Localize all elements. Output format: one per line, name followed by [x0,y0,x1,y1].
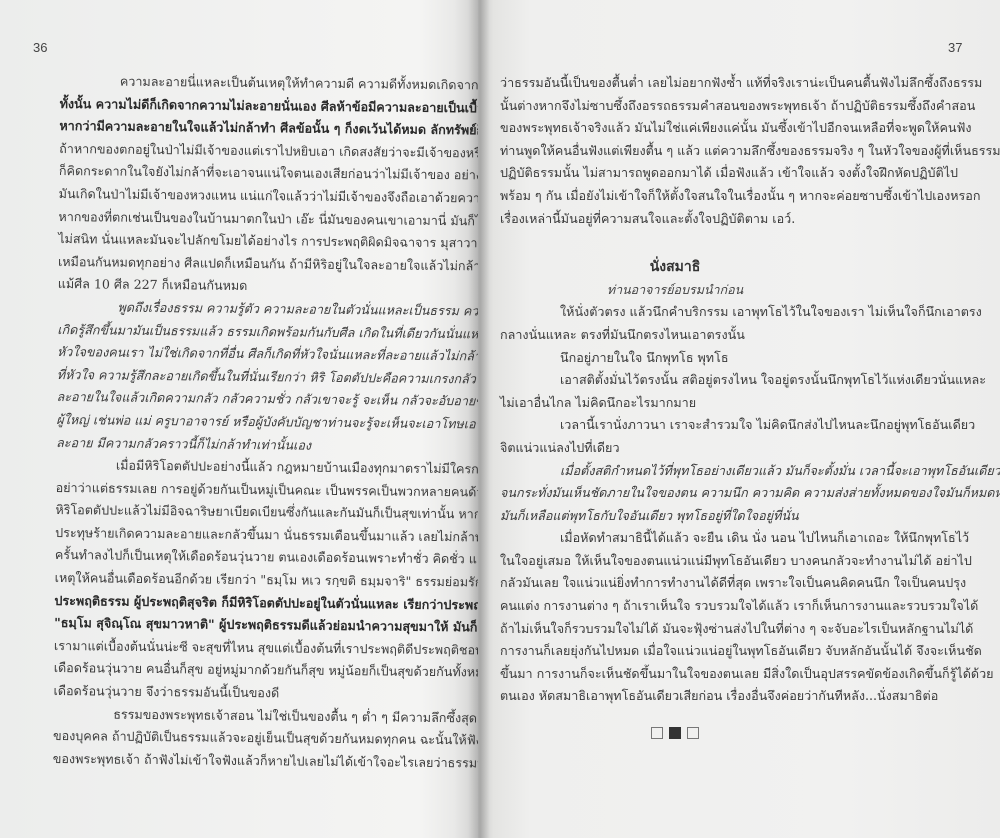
right-page-body: ว่าธรรมอันนี้เป็นของตื้นต่ำ เลยไม่อยากฟั… [500,72,970,745]
text-line: ปฏิบัติธรรมนั้น ไม่สามารถพูดออกมาได้ เมื… [500,162,970,185]
left-page-body: ความละอายนี่แหละเป็นต้นเหตุให้ทำความดี ค… [53,70,478,775]
page-number-left: 36 [33,40,47,55]
text-line: ถ้าไม่เห็นใจก็รวบรวมใจไม่ได้ มันจะฟุ้งซ่… [500,618,970,641]
empty-square-icon [651,727,663,739]
text-line: กลัวมันเลย ใจแน่วแน่ยิ่งทำการทำงานได้ดีท… [500,572,970,595]
page-number-right: 37 [948,40,962,55]
right-page-paragraphs-before: ว่าธรรมอันนี้เป็นของตื้นต่ำ เลยไม่อยากฟั… [500,72,970,230]
text-line: เมื่อหัดทำสมาธินี้ได้แล้ว จะยืน เดิน นั่… [500,527,970,550]
text-line: เมื่อตั้งสติกำหนดไว้ที่พุทโธอย่างเดียวแล… [500,460,970,483]
text-line: ของพระพุทธเจ้า ถ้าฟังไม่เข้าใจฟังแล้วก็ห… [53,748,478,776]
text-line: จิตแน่วแน่ลงไปที่เดียว [500,437,970,460]
text-line: ให้นั่งตัวตรง แล้วนึกคำบริกรรม เอาพุทโธไ… [500,301,970,324]
text-line: จนกระทั่งมันเห็นชัดภายในใจของตน ความนึก … [500,482,970,505]
text-line: กลางนั่นแหละ ตรงที่มันนึกตรงไหนเอาตรงนั้… [500,324,970,347]
left-page: 36 ความละอายนี่แหละเป็นต้นเหตุให้ทำความด… [0,0,478,838]
text-line: พร้อม ๆ กัน เมื่อยังไม่เข้าใจก็ให้ตั้งใจ… [500,185,970,208]
filled-square-icon [669,727,681,739]
text-line: มันก็เหลือแต่พุทโธกับใจอันเดียว พุทโธอยู… [500,505,970,528]
right-page: 37 ว่าธรรมอันนี้เป็นของตื้นต่ำ เลยไม่อยา… [478,0,1000,838]
text-line: นึกอยู่ภายในใจ นึกพุทโธ พุทโธ [500,347,970,370]
section-subheading: ท่านอาจารย์อบรมนำก่อน [500,279,850,302]
text-line: ไม่เอาอื่นไกล ไม่คิดนึกอะไรมากมาย [500,392,970,415]
right-page-paragraphs-after: ให้นั่งตัวตรง แล้วนึกคำบริกรรม เอาพุทโธไ… [500,301,970,708]
text-line: ในใจอยู่เสมอ ให้เห็นใจของตนแน่วแน่มีพุทโ… [500,550,970,573]
section-heading: นั่งสมาธิ [500,256,850,279]
text-line: คนแต่ง การงานต่าง ๆ ถ้าเราเห็นใจ รวบรวมใ… [500,595,970,618]
text-line: การงานก็เลยยุ่งกันไปหมด เมื่อใจแน่วแน่อย… [500,640,970,663]
open-book-spread: 36 ความละอายนี่แหละเป็นต้นเหตุให้ทำความด… [0,0,1000,838]
text-line: เวลานี้เรานั่งภาวนา เราจะสำรวมใจ ไม่คิดน… [500,414,970,437]
text-line: ท่านพูดให้คนอื่นฟังแต่เพียงตื้น ๆ แล้ว แ… [500,140,970,163]
text-line: เอาสติตั้งมั่นไว้ตรงนั้น สติอยู่ตรงไหน ใ… [500,369,970,392]
text-line: ว่าธรรมอันนี้เป็นของตื้นต่ำ เลยไม่อยากฟั… [500,72,970,95]
empty-square-icon [687,727,699,739]
end-ornament [500,722,850,745]
text-line: นั้นต่างหากจึงไม่ซาบซึ้งถึงอรรถธรรมคำสอน… [500,95,970,118]
text-line: ของพระพุทธเจ้าจริงแล้ว มันไม่ใช่แค่เพียง… [500,117,970,140]
text-line: ขึ้นมา การงานก็จะเห็นชัดขึ้นมาในใจของตนเ… [500,663,970,686]
text-line: เรื่องเหล่านี้มันอยู่ที่ความสนใจและตั้งใ… [500,208,970,231]
section-gap [500,230,970,252]
text-line: ตนเอง หัดสมาธิเอาพุทโธอันเดียวเสียก่อน เ… [500,685,970,708]
